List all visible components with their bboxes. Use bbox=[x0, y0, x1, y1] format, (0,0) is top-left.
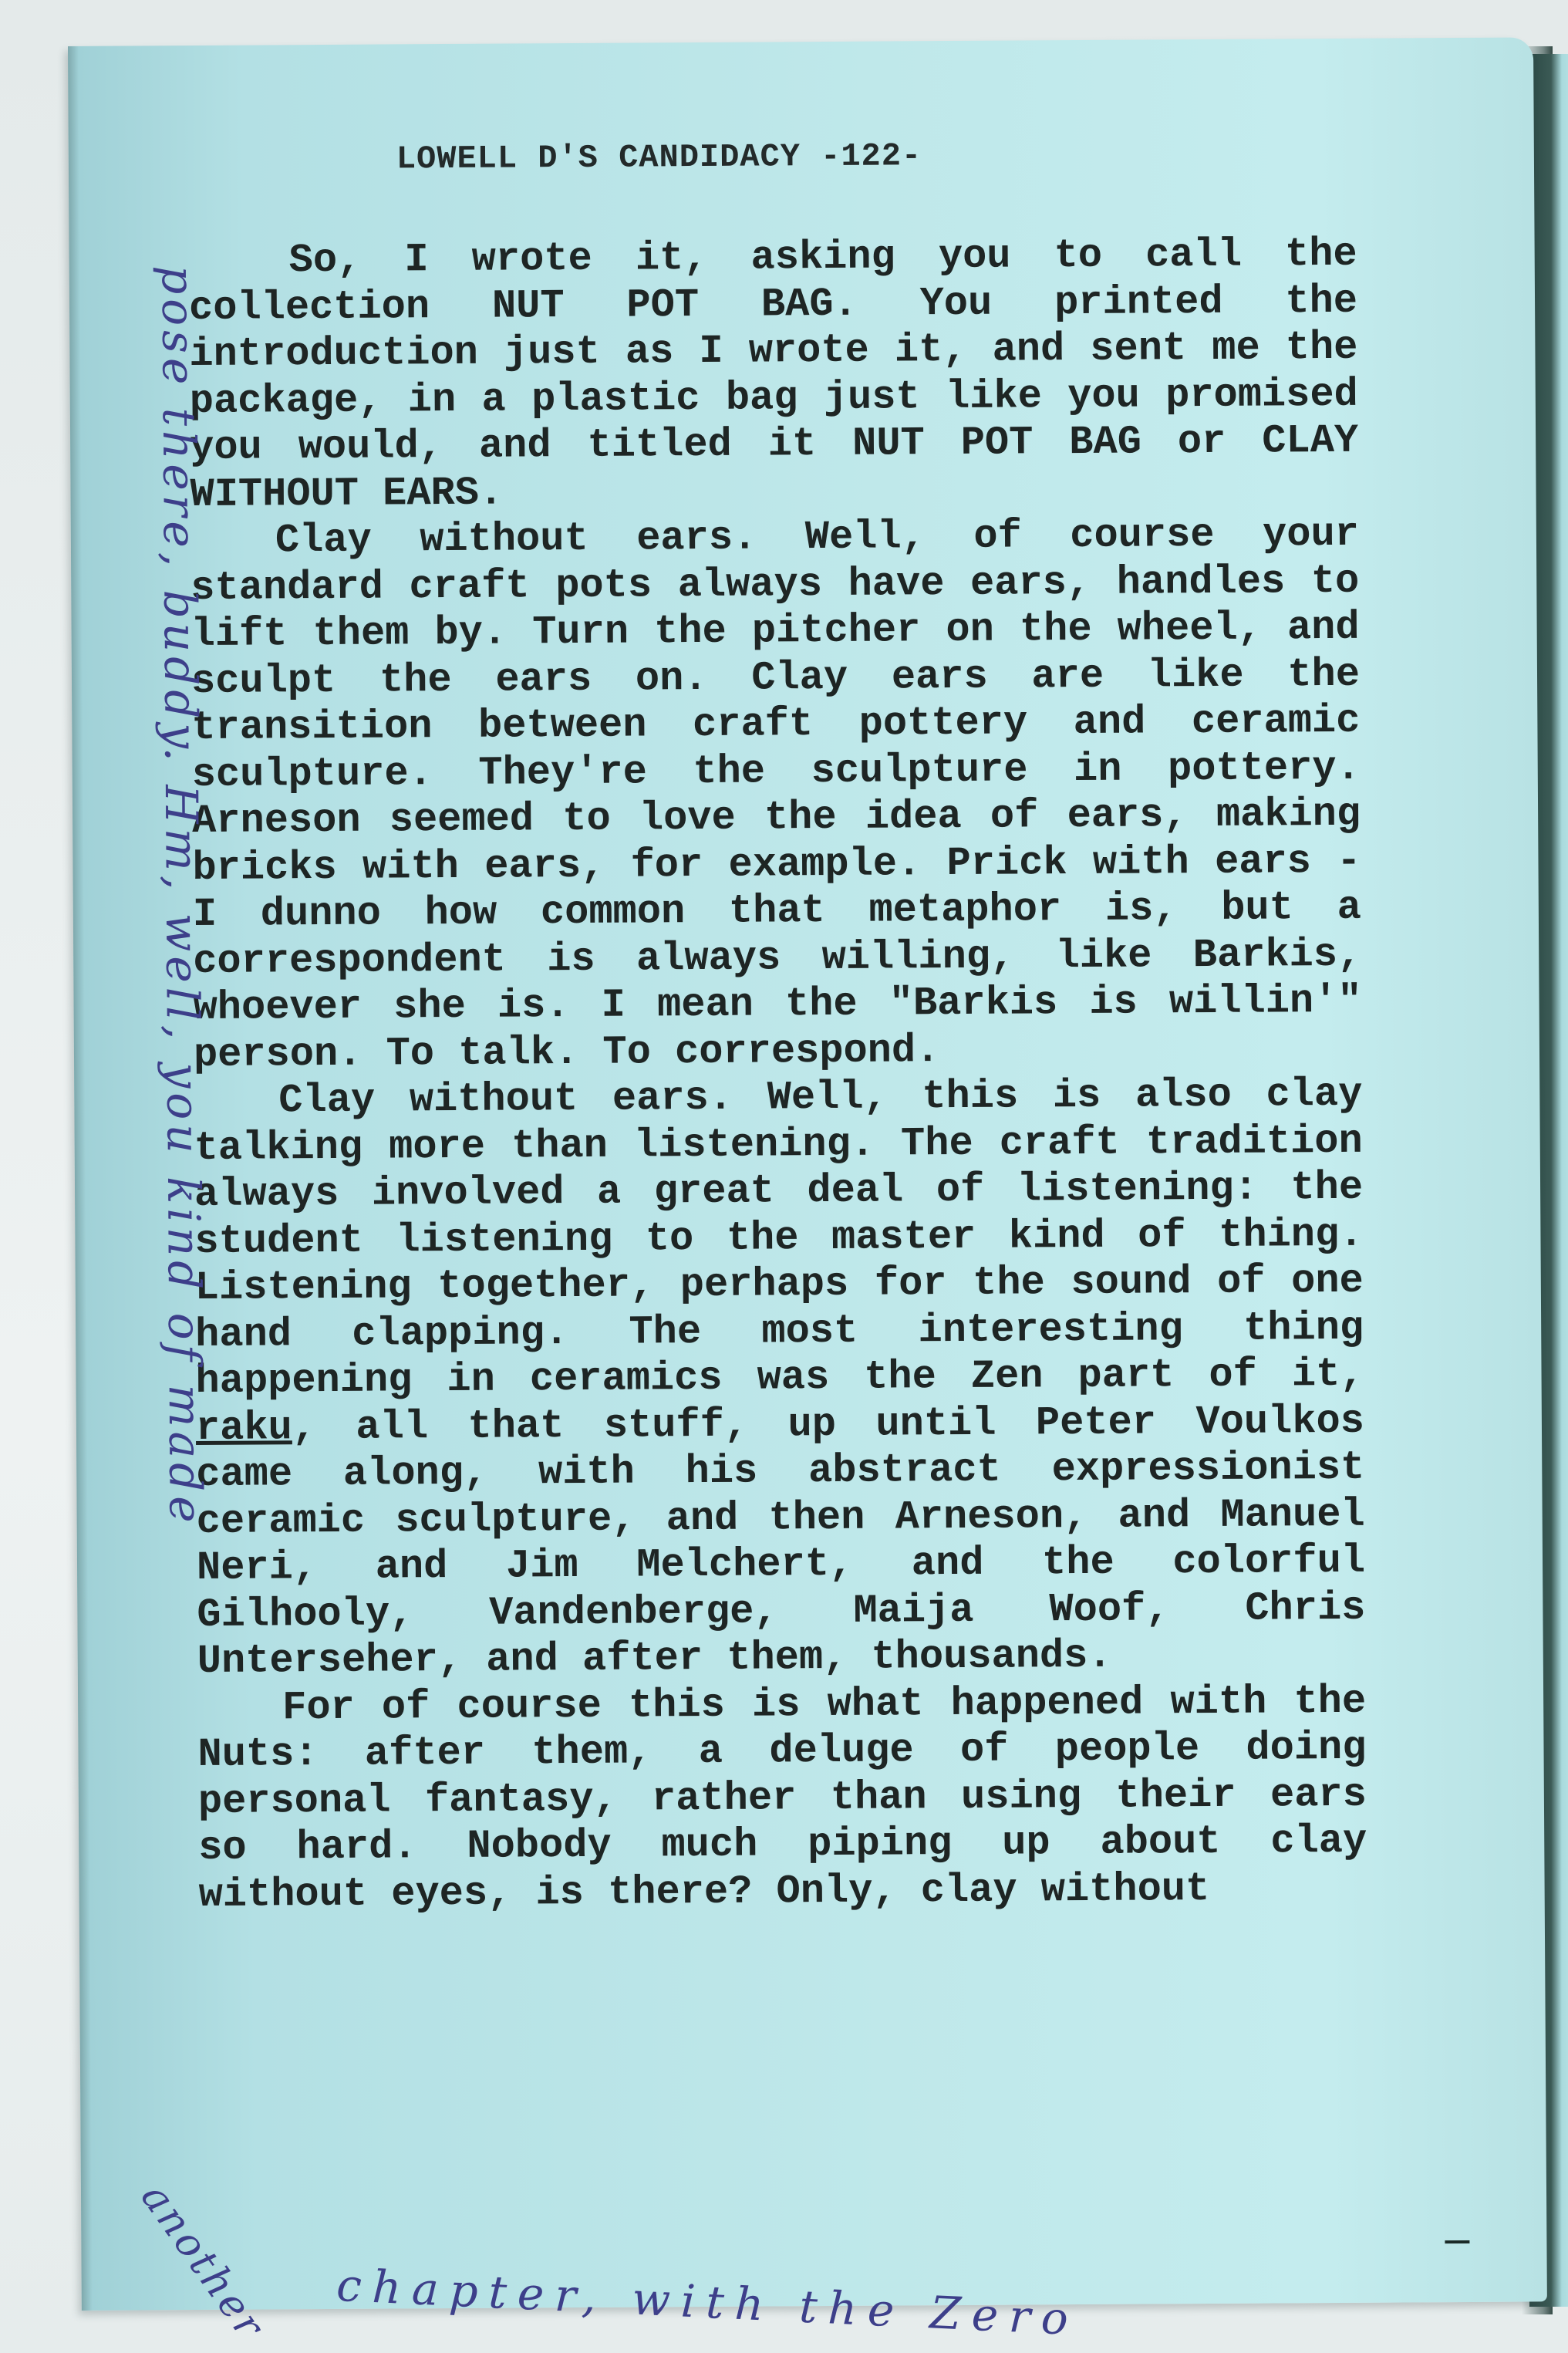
paragraph: Clay without ears. Well, of course your … bbox=[191, 511, 1362, 1079]
document-page: LOWELL D'S CANDIDACY -122- So, I wrote i… bbox=[68, 37, 1547, 2311]
paragraph: Clay without ears. Well, this is also cl… bbox=[194, 1072, 1366, 1686]
handwritten-margin-note: pose there, buddy. Hm, well, you kind of… bbox=[152, 265, 212, 1528]
paragraph-text: Clay without ears. Well, this is also cl… bbox=[194, 1072, 1364, 1404]
paragraph: So, I wrote it, asking you to call the c… bbox=[189, 231, 1359, 518]
running-head: LOWELL D'S CANDIDACY -122- bbox=[396, 137, 922, 177]
paragraph: For of course this is what happened with… bbox=[197, 1678, 1367, 1919]
paragraph-text: , all that stuff, up until Peter Voulkos… bbox=[196, 1398, 1365, 1684]
ink-tick-mark bbox=[1445, 2240, 1469, 2243]
body-text: So, I wrote it, asking you to call the c… bbox=[189, 231, 1367, 1919]
